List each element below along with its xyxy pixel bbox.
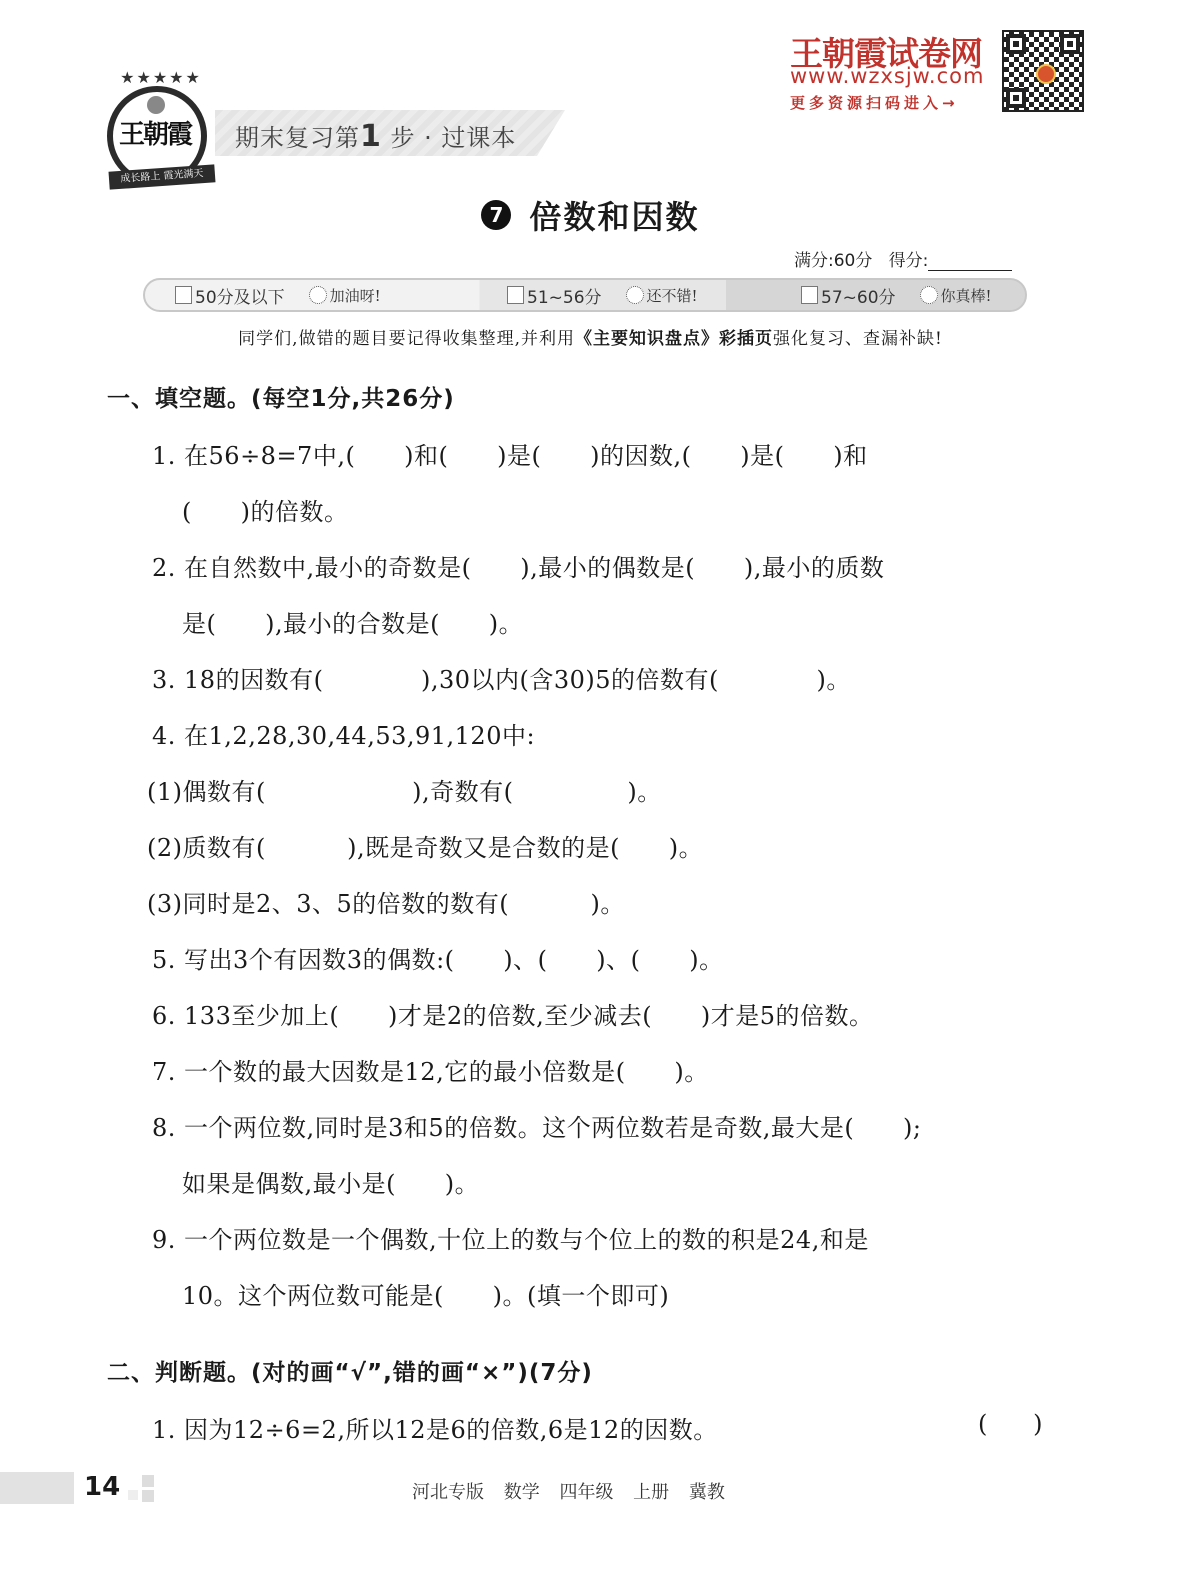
decor-square <box>142 1475 154 1487</box>
brand-more: 更多资源扫码进入→ <box>790 92 959 113</box>
rating-checkbox[interactable] <box>801 286 818 304</box>
book-info: 河北专版 数学 四年级 上册 冀教 <box>412 1478 725 1504</box>
score-field[interactable] <box>928 252 1012 271</box>
step-suffix: 步 · 过课本 <box>391 124 517 152</box>
smiley-icon <box>920 286 938 304</box>
self-rating-bar: 50分及以下 加油呀! 51~56分 还不错! 57~60分 你真棒! <box>143 278 1027 312</box>
rating-checkbox[interactable] <box>175 286 192 304</box>
question-line: 是( ),最小的合数是( )。 <box>182 604 523 639</box>
qr-finder-icon <box>1006 34 1026 54</box>
rating-range: 57~60分 <box>821 283 896 308</box>
decor-square <box>142 1490 154 1502</box>
qr-finder-icon <box>1060 34 1080 54</box>
chapter-title: 倍数和因数 <box>529 198 699 236</box>
question-line: ( )的倍数。 <box>182 492 349 527</box>
step-number: 1 <box>360 119 382 154</box>
chapter-heading: 7倍数和因数 <box>0 192 1181 238</box>
study-tip: 同学们,做错的题目要记得收集整理,并利用《主要知识盘点》彩插页强化复习、查漏补缺… <box>0 324 1181 349</box>
question-line: 如果是偶数,最小是( )。 <box>182 1164 479 1199</box>
tip-text: 同学们,做错的题目要记得收集整理,并利用 <box>238 329 575 349</box>
question-line: 1. 在56÷8=7中,( )和( )是( )的因数,( )是( )和 <box>152 436 868 471</box>
section-heading-true-false: 二、判断题。(对的画“√”,错的画“×”)(7分) <box>107 1354 593 1387</box>
score-got-label: 得分: <box>889 251 929 271</box>
footer-bar <box>0 1472 74 1504</box>
question-line: 3. 18的因数有( ),30以内(含30)5的倍数有( )。 <box>152 660 851 695</box>
logo-name: 王朝霞 <box>119 114 191 151</box>
question-line: 10。这个两位数可能是( )。(填一个即可) <box>182 1276 669 1311</box>
rating-cheer: 还不错! <box>647 285 698 306</box>
question-line: 7. 一个数的最大因数是12,它的最小倍数是( )。 <box>152 1052 709 1087</box>
question-line: 9. 一个两位数是一个偶数,十位上的数与个位上的数的积是24,和是 <box>152 1220 869 1255</box>
score-line: 满分:60分 得分: <box>794 246 1012 271</box>
portrait-icon <box>147 96 165 114</box>
question-line: 8. 一个两位数,同时是3和5的倍数。这个两位数若是奇数,最大是( ); <box>152 1108 921 1143</box>
qr-finder-icon <box>1006 88 1026 108</box>
question-line: (1)偶数有( ),奇数有( )。 <box>147 772 662 807</box>
question-line: 2. 在自然数中,最小的奇数是( ),最小的偶数是( ),最小的质数 <box>152 548 884 583</box>
step-prefix: 期末复习第 <box>235 124 360 152</box>
chapter-number-badge: 7 <box>481 200 511 230</box>
page-number: 14 <box>84 1472 120 1502</box>
rating-option: 57~60分 你真棒! <box>787 280 1025 310</box>
stars-icon: ★★★★★ <box>111 68 211 87</box>
question-line: 4. 在1,2,28,30,44,53,91,120中: <box>152 716 535 751</box>
qr-logo-icon <box>1036 64 1056 84</box>
tip-highlight: 《主要知识盘点》彩插页 <box>575 329 773 349</box>
question-line: 5. 写出3个有因数3的偶数:( )、( )、( )。 <box>152 940 724 975</box>
rating-cheer: 你真棒! <box>941 285 992 306</box>
brand-url[interactable]: www.wzxsjw.com <box>790 64 984 88</box>
rating-range: 51~56分 <box>527 283 602 308</box>
rating-option: 51~56分 还不错! <box>507 280 787 310</box>
question-line: 6. 133至少加上( )才是2的倍数,至少减去( )才是5的倍数。 <box>152 996 874 1031</box>
decor-square <box>128 1490 138 1500</box>
rating-option: 50分及以下 加油呀! <box>145 280 507 310</box>
section-heading-fill-blank: 一、填空题。(每空1分,共26分) <box>107 380 455 413</box>
question-line: (3)同时是2、3、5的倍数的数有( )。 <box>147 884 625 919</box>
full-score-label: 满分:60分 <box>794 251 872 271</box>
step-label: 期末复习第1 步 · 过课本 <box>235 118 516 154</box>
rating-cheer: 加油呀! <box>330 285 381 306</box>
rating-range: 50分及以下 <box>195 283 285 308</box>
question-line: (2)质数有( ),既是奇数又是合数的是( )。 <box>147 828 703 863</box>
judge-question: 1. 因为12÷6=2,所以12是6的倍数,6是12的因数。 <box>152 1410 718 1445</box>
answer-box[interactable]: ( ) <box>978 1410 1043 1438</box>
rating-checkbox[interactable] <box>507 286 524 304</box>
publisher-logo: ★★★★★ 王朝霞 成长路上 霞光满天 <box>105 68 215 190</box>
smiley-icon <box>626 286 644 304</box>
smiley-icon <box>309 286 327 304</box>
tip-text: 强化复习、查漏补缺! <box>773 329 943 349</box>
qr-code-icon[interactable] <box>1002 30 1084 112</box>
